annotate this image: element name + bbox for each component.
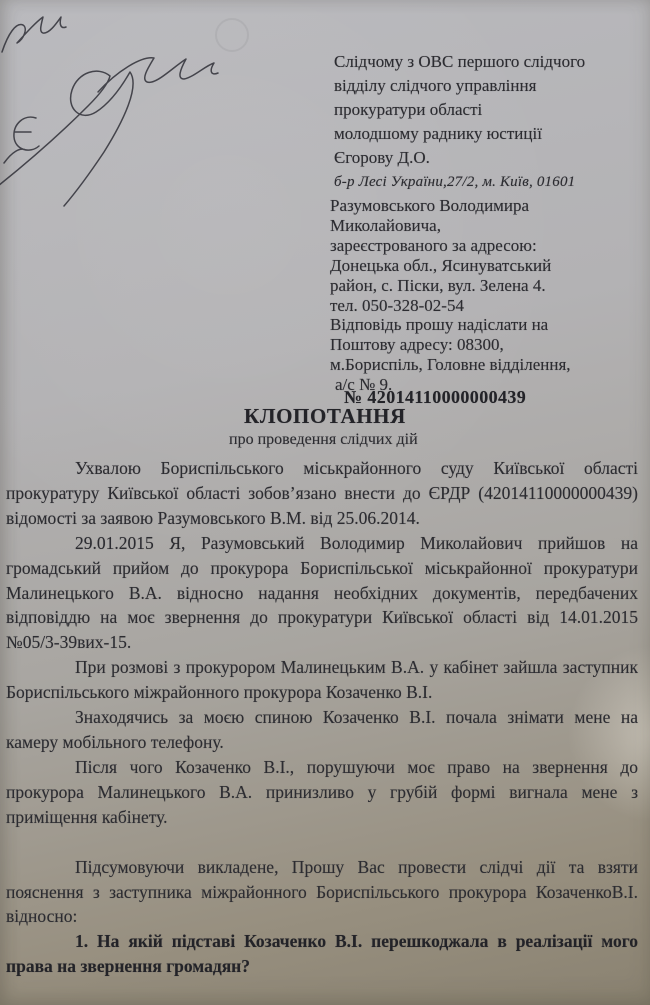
body-paragraph: Знаходячись за моєю спиною Козаченко В.І… [6, 705, 638, 755]
document-subtitle: про проведення слідчих дій [229, 431, 418, 449]
applicant-block: Разумовського Володимира Миколайовича, з… [330, 196, 642, 395]
pen-signature [0, 0, 260, 215]
applicant-line: Поштову адресу: 08300, [330, 335, 642, 355]
recipient-line: Слідчому з ОВС першого слідчого [334, 50, 644, 74]
applicant-phone: тел. 050-328-02-54 [330, 296, 642, 316]
document-title: КЛОПОТАННЯ [244, 404, 406, 429]
request-paragraph: Підсумовуючи викладене, Прошу Вас провес… [6, 855, 638, 930]
recipient-line: відділу слідчого управління [334, 74, 644, 98]
applicant-line: район, с. Піски, вул. Зелена 4. [330, 276, 642, 296]
applicant-line: Миколайовича, [330, 216, 642, 236]
body-paragraph: 29.01.2015 Я, Разумовський Володимир Мик… [6, 531, 638, 656]
recipient-address: б-р Лесі України,27/2, м. Київ, 01601 [334, 170, 644, 194]
body-paragraph: Після чого Козаченко В.І., порушуючи моє… [6, 755, 638, 830]
applicant-line: Разумовського Володимира [330, 196, 642, 216]
pen-scribble-zigzag [98, 58, 218, 92]
applicant-line: зареєстрованого за адресою: [330, 236, 642, 256]
applicant-line: м.Бориспіль, Головне відділення, [330, 355, 642, 375]
pen-scribble-word [2, 17, 66, 52]
pen-scribble-flourish [0, 71, 133, 206]
document-body: Ухвалою Бориспільського міськрайонного с… [6, 456, 638, 979]
document-page: Слідчому з ОВС першого слідчого відділу … [0, 0, 650, 1005]
recipient-name: Єгорову Д.О. [334, 146, 644, 170]
recipient-line: молодшому раднику юстиції [334, 122, 644, 146]
recipient-line: прокуратури області [334, 98, 644, 122]
body-paragraph: Ухвалою Бориспільського міськрайонного с… [6, 456, 638, 531]
applicant-line: Відповідь прошу надіслати на [330, 315, 642, 335]
applicant-line: Донецька обл., Ясинуватський [330, 256, 642, 276]
recipient-block: Слідчому з ОВС першого слідчого відділу … [334, 50, 644, 194]
body-paragraph: При розмові з прокурором Малинецьким В.А… [6, 655, 638, 705]
question-item: 1. На якій підставі Козаченко В.І. переш… [6, 929, 638, 979]
paper-impression-mark [216, 19, 248, 51]
